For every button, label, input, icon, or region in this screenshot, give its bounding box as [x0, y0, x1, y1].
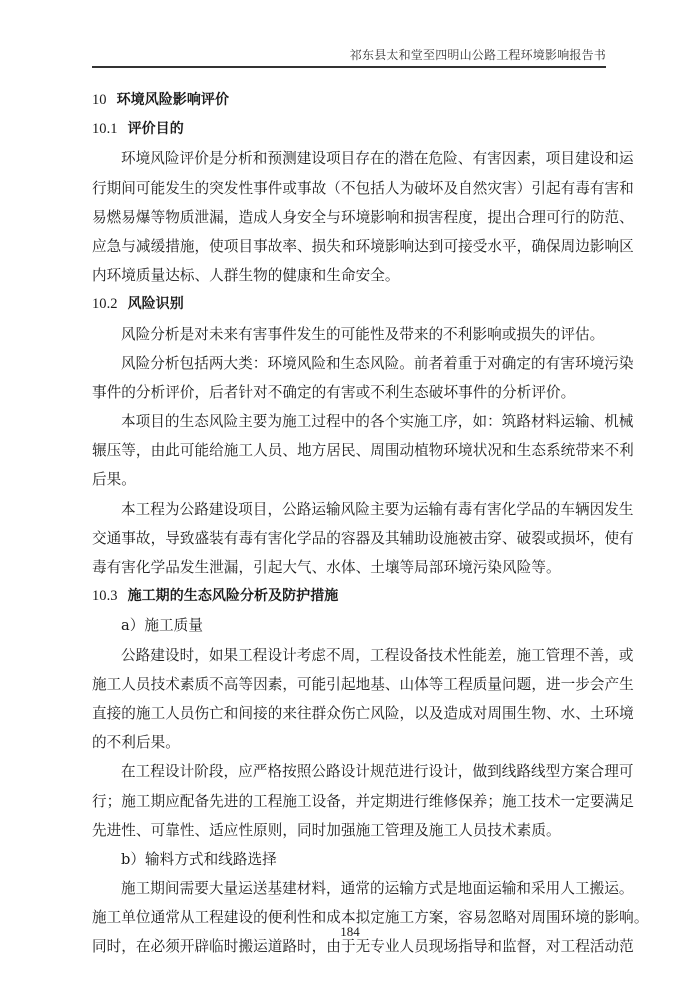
- paragraph-line: 辗压等，由此可能给施工人员、地方居民、周围动植物环境状况和生态系统带来不利: [92, 436, 608, 465]
- paragraph-line: 毒有害化学品发生泄漏，引起大气、水体、土壤等局部环境污染风险等。: [92, 553, 608, 582]
- paragraph-line: 在工程设计阶段，应严格按照公路设计规范进行设计，做到线路线型方案合理可: [92, 757, 608, 786]
- paragraph-line: 直接的施工人员伤亡和间接的来往群众伤亡风险，以及造成对周围生物、水、土环境: [92, 699, 608, 728]
- document-title: 祁东县太和堂至四明山公路工程环境影响报告书: [350, 46, 606, 63]
- paragraph-line: 本项目的生态风险主要为施工过程中的各个实施工序，如：筑路材料运输、机械: [92, 407, 608, 436]
- paragraph-line: 施工期间需要大量运送基建材料，通常的运输方式是地面运输和采用人工搬运。: [92, 874, 608, 903]
- subheading-construction-quality: a）施工质量: [92, 611, 608, 640]
- paragraph-line: 本工程为公路建设项目，公路运输风险主要为运输有毒有害化学品的车辆因发生: [92, 495, 608, 524]
- paragraph-line: 的不利后果。: [92, 728, 608, 757]
- section-heading-10-3: 10.3施工期的生态风险分析及防护措施: [92, 582, 608, 611]
- subheading-transport-route: b）输料方式和线路选择: [92, 845, 608, 874]
- paragraph-line: 行期间可能发生的突发性事件或事故（不包括人为破坏及自然灾害）引起有毒有害和: [92, 174, 608, 203]
- paragraph-line: 行；施工期应配备先进的工程施工设备，并定期进行维修保养；施工技术一定要满足: [92, 787, 608, 816]
- section-heading-10-2: 10.2风险识别: [92, 290, 608, 319]
- page-body: 10环境风险影响评价 10.1评价目的 环境风险评价是分析和预测建设项目存在的潜…: [92, 86, 608, 962]
- running-header: 祁东县太和堂至四明山公路工程环境影响报告书: [92, 44, 606, 68]
- paragraph-line: 后果。: [92, 465, 608, 494]
- section-heading-10: 10环境风险影响评价: [92, 86, 608, 115]
- paragraph-line: 易燃易爆等物质泄漏，造成人身安全与环境影响和损害程度，提出合理可行的防范、: [92, 203, 608, 232]
- paragraph-line: 交通事故，导致盛装有毒有害化学品的容器及其辅助设施被击穿、破裂或损坏，使有: [92, 524, 608, 553]
- paragraph-line: 风险分析是对未来有害事件发生的可能性及带来的不利影响或损失的评估。: [92, 320, 608, 349]
- paragraph-line: 风险分析包括两大类：环境风险和生态风险。前者着重于对确定的有害环境污染: [92, 349, 608, 378]
- paragraph-line: 施工人员技术素质不高等因素，可能引起地基、山体等工程质量问题，进一步会产生: [92, 670, 608, 699]
- paragraph-line: 内环境质量达标、人群生物的健康和生命安全。: [92, 261, 608, 290]
- paragraph-line: 公路建设时，如果工程设计考虑不周，工程设备技术性能差，施工管理不善，或: [92, 641, 608, 670]
- paragraph-line: 应急与减缓措施，使项目事故率、损失和环境影响达到可接受水平，确保周边影响区: [92, 232, 608, 261]
- paragraph-line: 先进性、可靠性、适应性原则，同时加强施工管理及施工人员技术素质。: [92, 816, 608, 845]
- paragraph-line: 环境风险评价是分析和预测建设项目存在的潜在危险、有害因素，项目建设和运: [92, 144, 608, 173]
- paragraph-line: 事件的分析评价，后者针对不确定的有害或不利生态破坏事件的分析评价。: [92, 378, 608, 407]
- section-heading-10-1: 10.1评价目的: [92, 115, 608, 144]
- page-number: 184: [0, 924, 700, 940]
